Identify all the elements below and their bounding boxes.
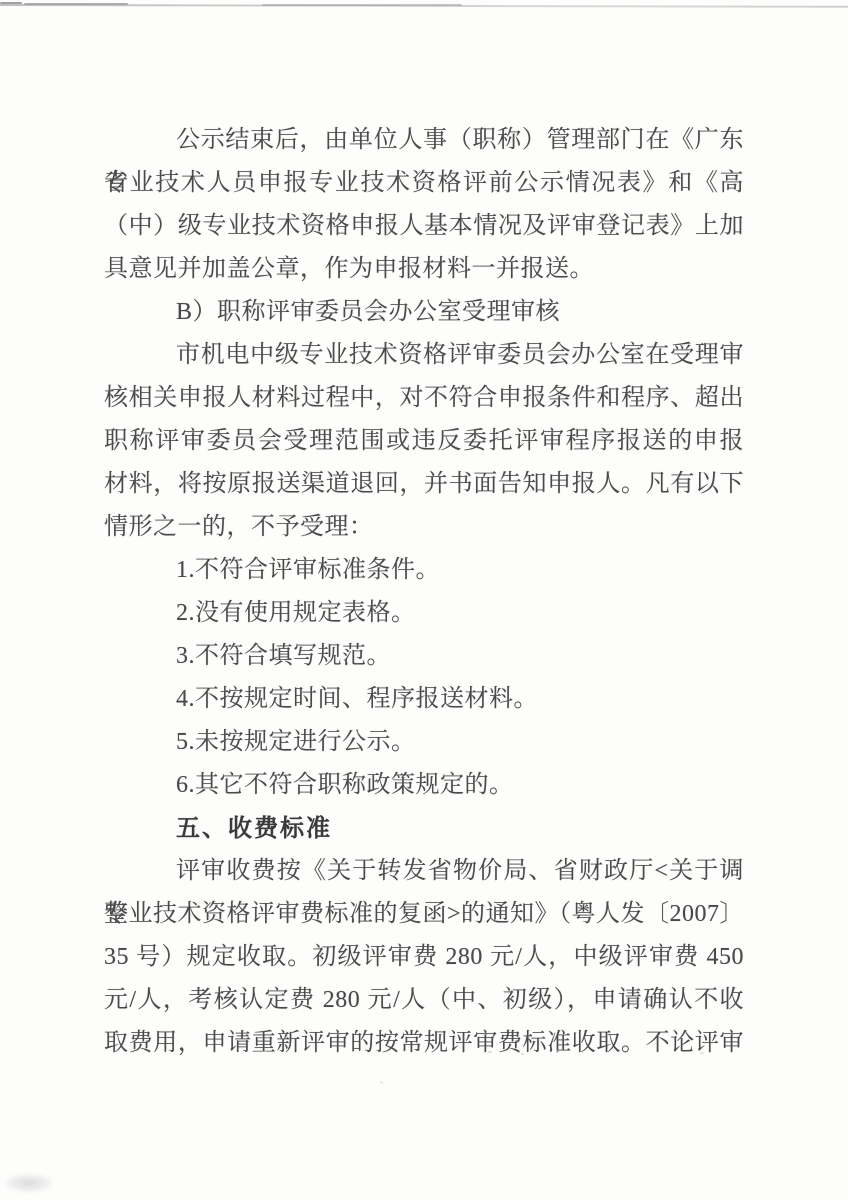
paragraph-line: （中）级专业技术资格申报人基本情况及评审登记表》上加 — [104, 205, 744, 248]
paragraph-line: 评审收费按《关于转发省物价局、省财政厅<关于调整 — [104, 850, 744, 893]
scan-top-edge-dash — [262, 4, 462, 6]
scan-top-edge-dash — [24, 3, 128, 5]
scan-speck — [488, 1051, 492, 1053]
paragraph-line: 市机电中级专业技术资格评审委员会办公室在受理审 — [104, 334, 744, 377]
paragraph-line: 核相关申报人材料过程中，对不符合申报条件和程序、超出 — [104, 377, 744, 420]
list-item: 4.不按规定时间、程序报送材料。 — [104, 678, 744, 721]
subsection-label-line: B）职称评审委员会办公室受理审核 — [104, 291, 744, 334]
paragraph-line: 公示结束后，由单位人事（职称）管理部门在《广东省 — [104, 119, 744, 162]
scan-speck — [380, 1081, 383, 1084]
list-item: 3.不符合填写规范。 — [104, 635, 744, 678]
paragraph-line: 情形之一的，不予受理： — [104, 506, 744, 549]
scan-speck — [700, 1052, 704, 1054]
document-text-block: 公示结束后，由单位人事（职称）管理部门在《广东省 专业技术人员申报专业技术资格评… — [104, 119, 744, 1065]
scan-speck — [556, 1050, 559, 1052]
paragraph-line: 元/人，考核认定费 280 元/人（中、初级），申请确认不收 — [104, 979, 744, 1022]
scan-top-edge-dash — [0, 2, 22, 4]
paragraph-line: 专业技术资格评审费标准的复函>的通知》（粤人发〔2007〕 — [104, 893, 744, 936]
scan-speck — [264, 1050, 267, 1052]
list-item: 5.未按规定进行公示。 — [104, 721, 744, 764]
paragraph-line: 35 号）规定收取。初级评审费 280 元/人，中级评审费 450 — [104, 936, 744, 979]
list-item: 6.其它不符合职称政策规定的。 — [104, 764, 744, 807]
list-item: 1.不符合评审标准条件。 — [104, 549, 744, 592]
paragraph-line: 职称评审委员会受理范围或违反委托评审程序报送的申报 — [104, 420, 744, 463]
paragraph-line: 具意见并加盖公章，作为申报材料一并报送。 — [104, 248, 744, 291]
list-item: 2.没有使用规定表格。 — [104, 592, 744, 635]
scan-speck — [521, 1053, 524, 1055]
scanned-document-page: 公示结束后，由单位人事（职称）管理部门在《广东省 专业技术人员申报专业技术资格评… — [0, 0, 848, 1200]
paragraph-line: 取费用，申请重新评审的按常规评审费标准收取。不论评审 — [104, 1022, 744, 1065]
paragraph-line: 专业技术人员申报专业技术资格评前公示情况表》和《高 — [104, 162, 744, 205]
section-heading: 五、收费标准 — [104, 807, 744, 850]
paragraph-line: 材料，将按原报送渠道退回，并书面告知申报人。凡有以下 — [104, 463, 744, 506]
scan-smudge — [6, 1174, 52, 1192]
